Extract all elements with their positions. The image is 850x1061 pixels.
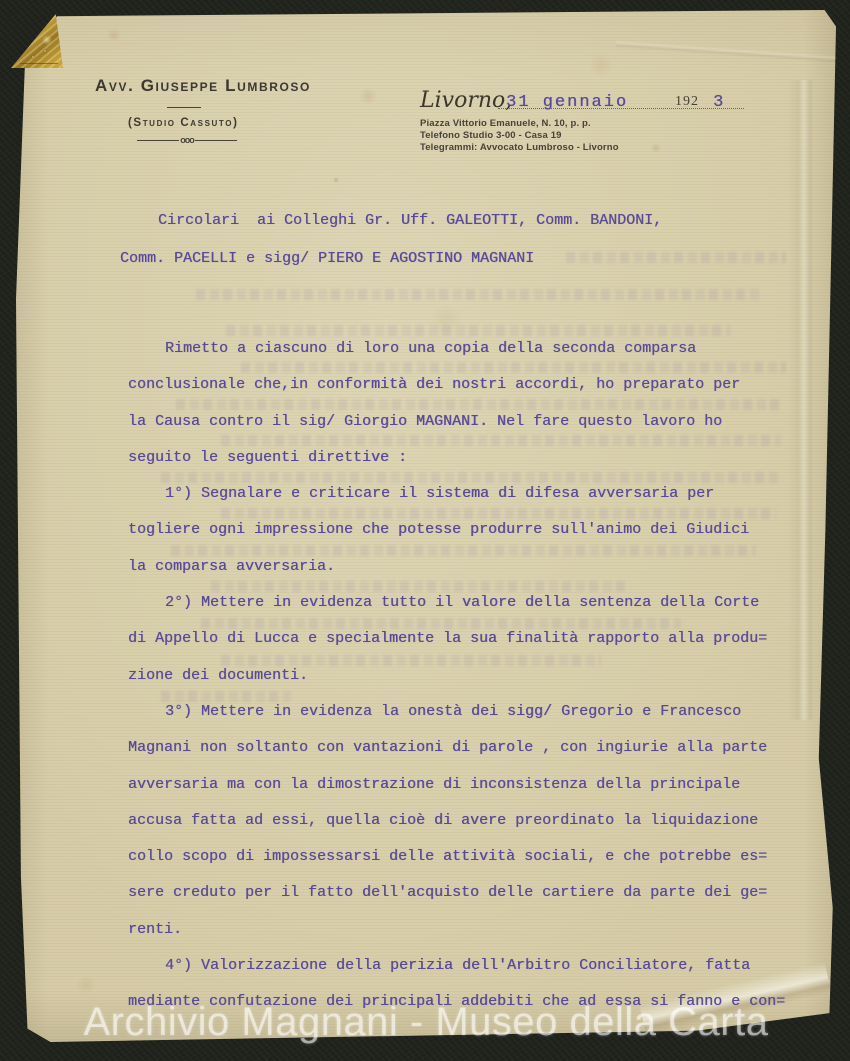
letterhead-block: Avv. Giuseppe Lumbroso (Studio Cassuto) … <box>95 76 355 143</box>
typed-paragraph: 2°) Mettere in evidenza tutto il valore … <box>128 585 785 694</box>
typed-line: togliere ogni impressione che potesse pr… <box>128 512 785 548</box>
typed-paragraph: Circolari ai Colleghi Gr. Uff. GALEOTTI,… <box>120 202 662 278</box>
typed-line: Comm. PACELLI e sigg/ PIERO E AGOSTINO M… <box>120 240 662 278</box>
photo-corner-icon <box>11 13 63 68</box>
typed-line: la Causa contro il sig/ Giorgio MAGNANI.… <box>128 404 785 440</box>
typed-line: conclusionale che,in conformità dei nost… <box>128 367 785 403</box>
typed-line: seguito le seguenti direttive : <box>128 440 785 476</box>
photo-background: Avv. Giuseppe Lumbroso (Studio Cassuto) … <box>0 0 850 1061</box>
date-year-printed: 192 <box>675 94 699 110</box>
typed-line: collo scopo di impossessarsi delle attiv… <box>128 839 785 875</box>
typed-line: renti. <box>128 912 785 948</box>
text-line: Piazza Vittorio Emanuele, N. 10, p. p. <box>420 118 744 130</box>
bleed-through-line <box>196 289 761 300</box>
typed-line: di Appello di Lucca e specialmente la su… <box>128 621 785 657</box>
typed-paragraph: 3°) Mettere in evidenza la onestà dei si… <box>128 694 785 948</box>
typed-line: Circolari ai Colleghi Gr. Uff. GALEOTTI,… <box>120 202 662 240</box>
typed-line: accusa fatta ad essi, quella cioè di ave… <box>128 803 785 839</box>
ornament-chain-icon: ooo <box>179 137 195 143</box>
paper: Avv. Giuseppe Lumbroso (Studio Cassuto) … <box>16 10 836 1042</box>
text-line: Telefono Studio 3-00 - Casa 19 <box>420 130 744 142</box>
letter-body: Rimetto a ciascuno di loro una copia del… <box>128 331 785 1021</box>
date-year-typed: 3 <box>713 93 723 112</box>
text-line: Telegrammi: Avvocato Lumbroso - Livorno <box>420 142 744 154</box>
letterhead-address: Piazza Vittorio Emanuele, N. 10, p. p.Te… <box>420 118 744 154</box>
typed-line: Rimetto a ciascuno di loro una copia del… <box>128 331 785 367</box>
typed-line: 3°) Mettere in evidenza la onestà dei si… <box>128 694 785 730</box>
typed-line: zione dei documenti. <box>128 658 785 694</box>
typed-paragraph: 1°) Segnalare e criticare il sistema di … <box>128 476 785 585</box>
letterhead-name: Avv. Giuseppe Lumbroso <box>95 76 355 96</box>
date-city: Livorno, <box>420 88 512 113</box>
ornament-line <box>195 140 237 141</box>
ornament-line <box>137 140 179 141</box>
paper-crease <box>788 80 814 720</box>
letterhead-studio: (Studio Cassuto) <box>128 117 355 129</box>
typed-line: la comparsa avversaria. <box>128 549 785 585</box>
date-block: Livorno, 31 gennaio 192 3 Piazza Vittori… <box>420 86 744 154</box>
typed-line: 4°) Valorizzazione della perizia dell'Ar… <box>128 948 785 984</box>
typed-line: avversaria ma con la dimostrazione di in… <box>128 767 785 803</box>
paper-crease <box>615 26 850 77</box>
letterhead-divider <box>167 107 201 108</box>
watermark: Archivio Magnani - Museo della Carta <box>16 1000 836 1045</box>
letterhead-ornament: ooo <box>137 137 237 143</box>
date-day-month: 31 gennaio <box>506 93 628 112</box>
typed-line: sere creduto per il fatto dell'acquisto … <box>128 875 785 911</box>
date-row: Livorno, 31 gennaio 192 3 <box>420 86 744 114</box>
typed-paragraph: Rimetto a ciascuno di loro una copia del… <box>128 331 785 476</box>
typed-line: Magnani non soltanto con vantazioni di p… <box>128 730 785 766</box>
typed-line: 2°) Mettere in evidenza tutto il valore … <box>128 585 785 621</box>
typed-line: 1°) Segnalare e criticare il sistema di … <box>128 476 785 512</box>
recipients-block: Circolari ai Colleghi Gr. Uff. GALEOTTI,… <box>120 202 662 278</box>
